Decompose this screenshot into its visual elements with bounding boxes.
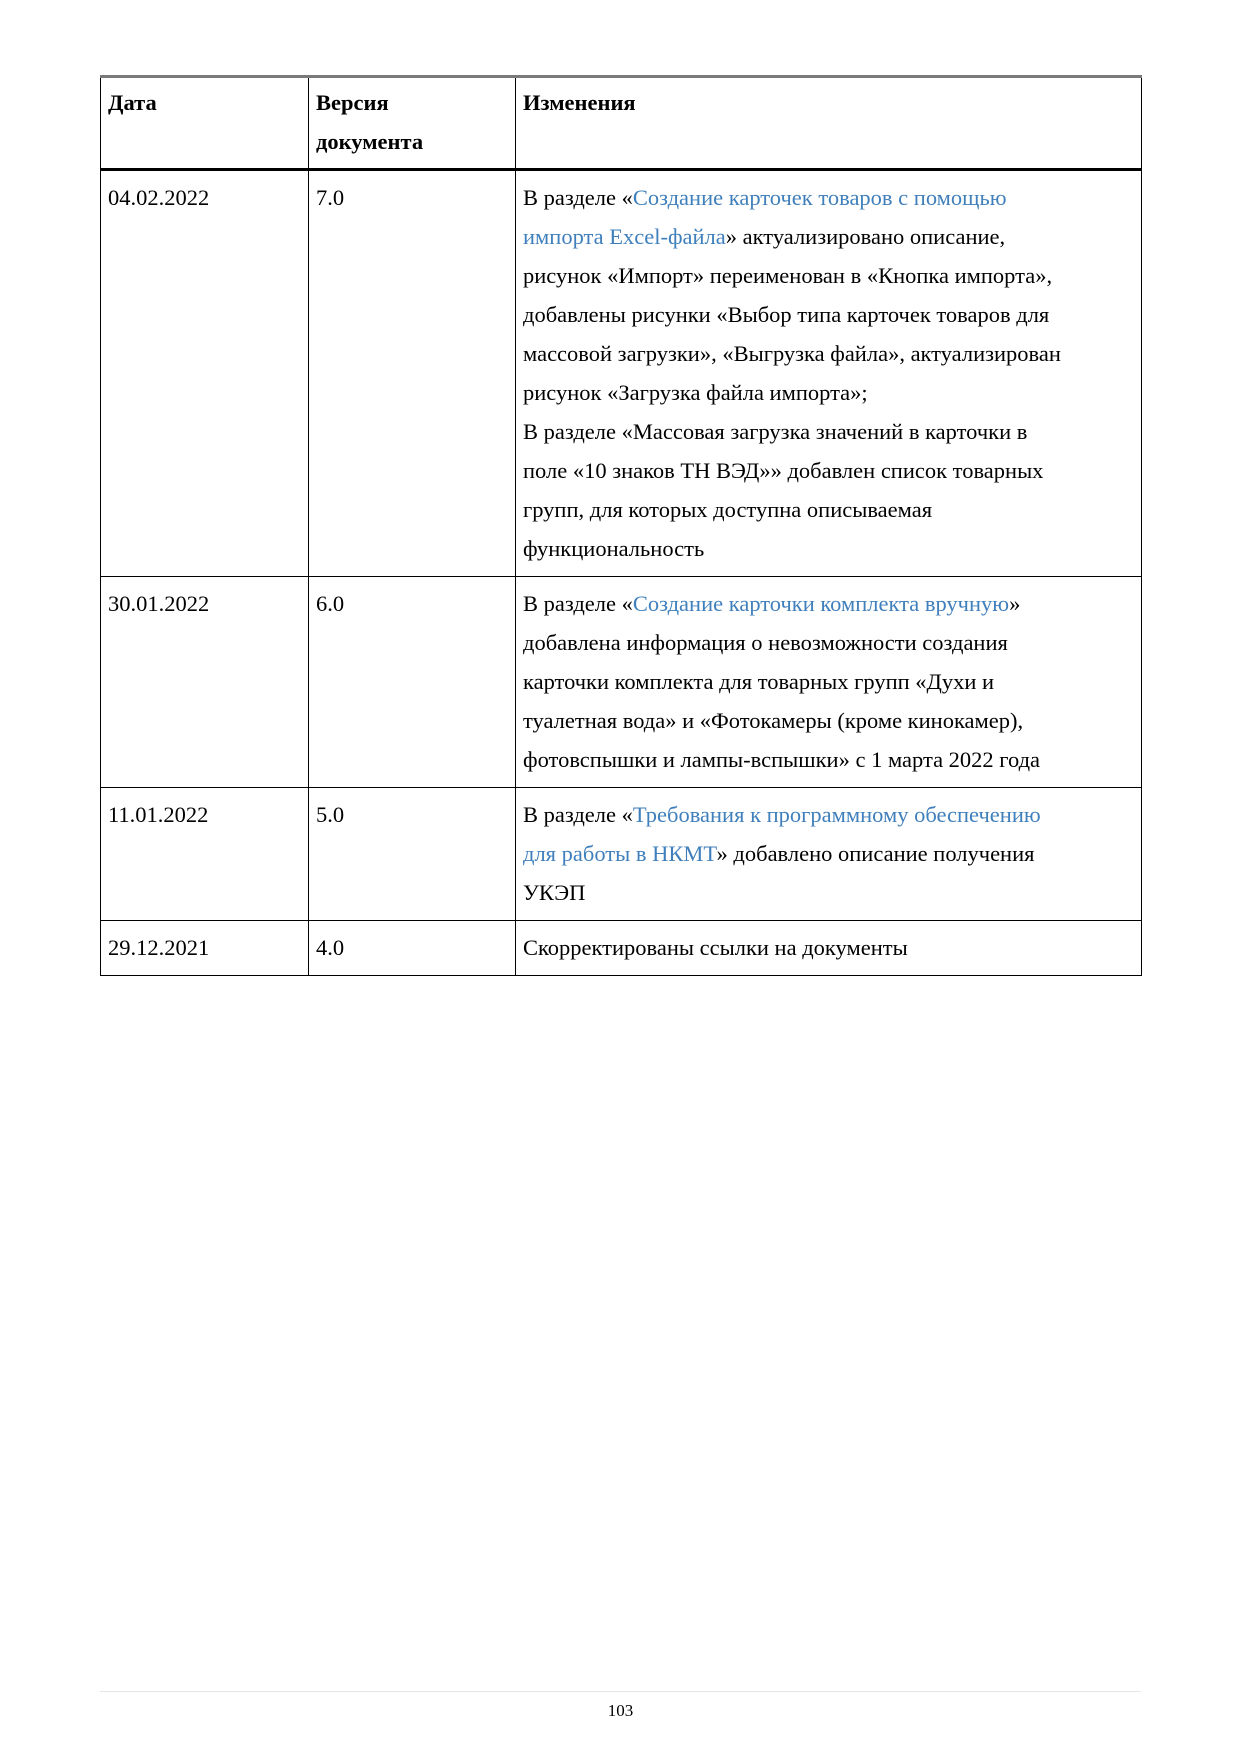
cell-version: 5.0 [309,788,516,921]
change-text: массовой загрузки», «Выгрузка файла», ак… [523,341,1061,366]
change-text: » [1009,591,1020,616]
cell-date: 04.02.2022 [101,170,309,577]
footer-divider [100,1691,1141,1692]
change-line: добавлены рисунки «Выбор типа карточек т… [523,295,1135,334]
change-text: В разделе « [523,591,633,616]
change-line: импорта Excel-файла» актуализировано опи… [523,217,1135,256]
change-line: функциональность [523,529,1135,568]
change-line: В разделе «Требования к программному обе… [523,795,1135,834]
change-line: рисунок «Импорт» переименован в «Кнопка … [523,256,1135,295]
cell-version: 7.0 [309,170,516,577]
change-text: В разделе « [523,185,633,210]
section-link[interactable]: импорта Excel-файла [523,224,726,249]
cell-date: 30.01.2022 [101,577,309,788]
change-line: поле «10 знаков ТН ВЭД»» добавлен список… [523,451,1135,490]
change-line: добавлена информация о невозможности соз… [523,623,1135,662]
cell-changes: Скорректированы ссылки на документы [516,921,1142,976]
change-text: Скорректированы ссылки на документы [523,935,908,960]
cell-version: 4.0 [309,921,516,976]
change-text: карточки комплекта для товарных групп «Д… [523,669,994,694]
cell-changes: В разделе «Требования к программному обе… [516,788,1142,921]
change-line: В разделе «Создание карточки комплекта в… [523,584,1135,623]
header-changes: Изменения [516,77,1142,170]
table-header-row: Дата Версия документа Изменения [101,77,1142,170]
page-number: 103 [0,1700,1241,1722]
change-text: » добавлено описание получения [717,841,1035,866]
change-line: УКЭП [523,873,1135,912]
change-text: рисунок «Загрузка файла импорта»; [523,380,868,405]
change-line: карточки комплекта для товарных групп «Д… [523,662,1135,701]
table-row: 30.01.20226.0В разделе «Создание карточк… [101,577,1142,788]
cell-date: 29.12.2021 [101,921,309,976]
header-version: Версия документа [309,77,516,170]
change-line: Скорректированы ссылки на документы [523,928,1135,967]
cell-version: 6.0 [309,577,516,788]
table-row: 11.01.20225.0В разделе «Требования к про… [101,788,1142,921]
header-date: Дата [101,77,309,170]
change-text: добавлена информация о невозможности соз… [523,630,1008,655]
section-link[interactable]: Создание карточек товаров с помощью [633,185,1007,210]
change-text: В разделе « [523,802,633,827]
change-line: для работы в НКМТ» добавлено описание по… [523,834,1135,873]
table-row: 04.02.20227.0В разделе «Создание карточе… [101,170,1142,577]
change-text: фотовспышки и лампы-вспышки» с 1 марта 2… [523,747,1040,772]
section-link[interactable]: Требования к программному обеспечению [633,802,1041,827]
change-text: функциональность [523,536,704,561]
change-text: В разделе «Массовая загрузка значений в … [523,419,1027,444]
section-link[interactable]: для работы в НКМТ [523,841,717,866]
cell-changes: В разделе «Создание карточки комплекта в… [516,577,1142,788]
change-text: групп, для которых доступна описываемая [523,497,932,522]
change-line: В разделе «Создание карточек товаров с п… [523,178,1135,217]
cell-date: 11.01.2022 [101,788,309,921]
change-line: массовой загрузки», «Выгрузка файла», ак… [523,334,1135,373]
section-link[interactable]: Создание карточки комплекта вручную [633,591,1009,616]
change-line: туалетная вода» и «Фотокамеры (кроме кин… [523,701,1135,740]
cell-changes: В разделе «Создание карточек товаров с п… [516,170,1142,577]
document-page: Дата Версия документа Изменения 04.02.20… [0,0,1241,1754]
revision-history-table: Дата Версия документа Изменения 04.02.20… [100,75,1142,976]
change-text: добавлены рисунки «Выбор типа карточек т… [523,302,1049,327]
change-line: фотовспышки и лампы-вспышки» с 1 марта 2… [523,740,1135,779]
change-text: поле «10 знаков ТН ВЭД»» добавлен список… [523,458,1043,483]
change-text: » актуализировано описание, [726,224,1005,249]
change-text: рисунок «Импорт» переименован в «Кнопка … [523,263,1052,288]
change-text: УКЭП [523,880,585,905]
change-line: рисунок «Загрузка файла импорта»; [523,373,1135,412]
change-line: В разделе «Массовая загрузка значений в … [523,412,1135,451]
table-row: 29.12.20214.0Скорректированы ссылки на д… [101,921,1142,976]
change-line: групп, для которых доступна описываемая [523,490,1135,529]
change-text: туалетная вода» и «Фотокамеры (кроме кин… [523,708,1023,733]
